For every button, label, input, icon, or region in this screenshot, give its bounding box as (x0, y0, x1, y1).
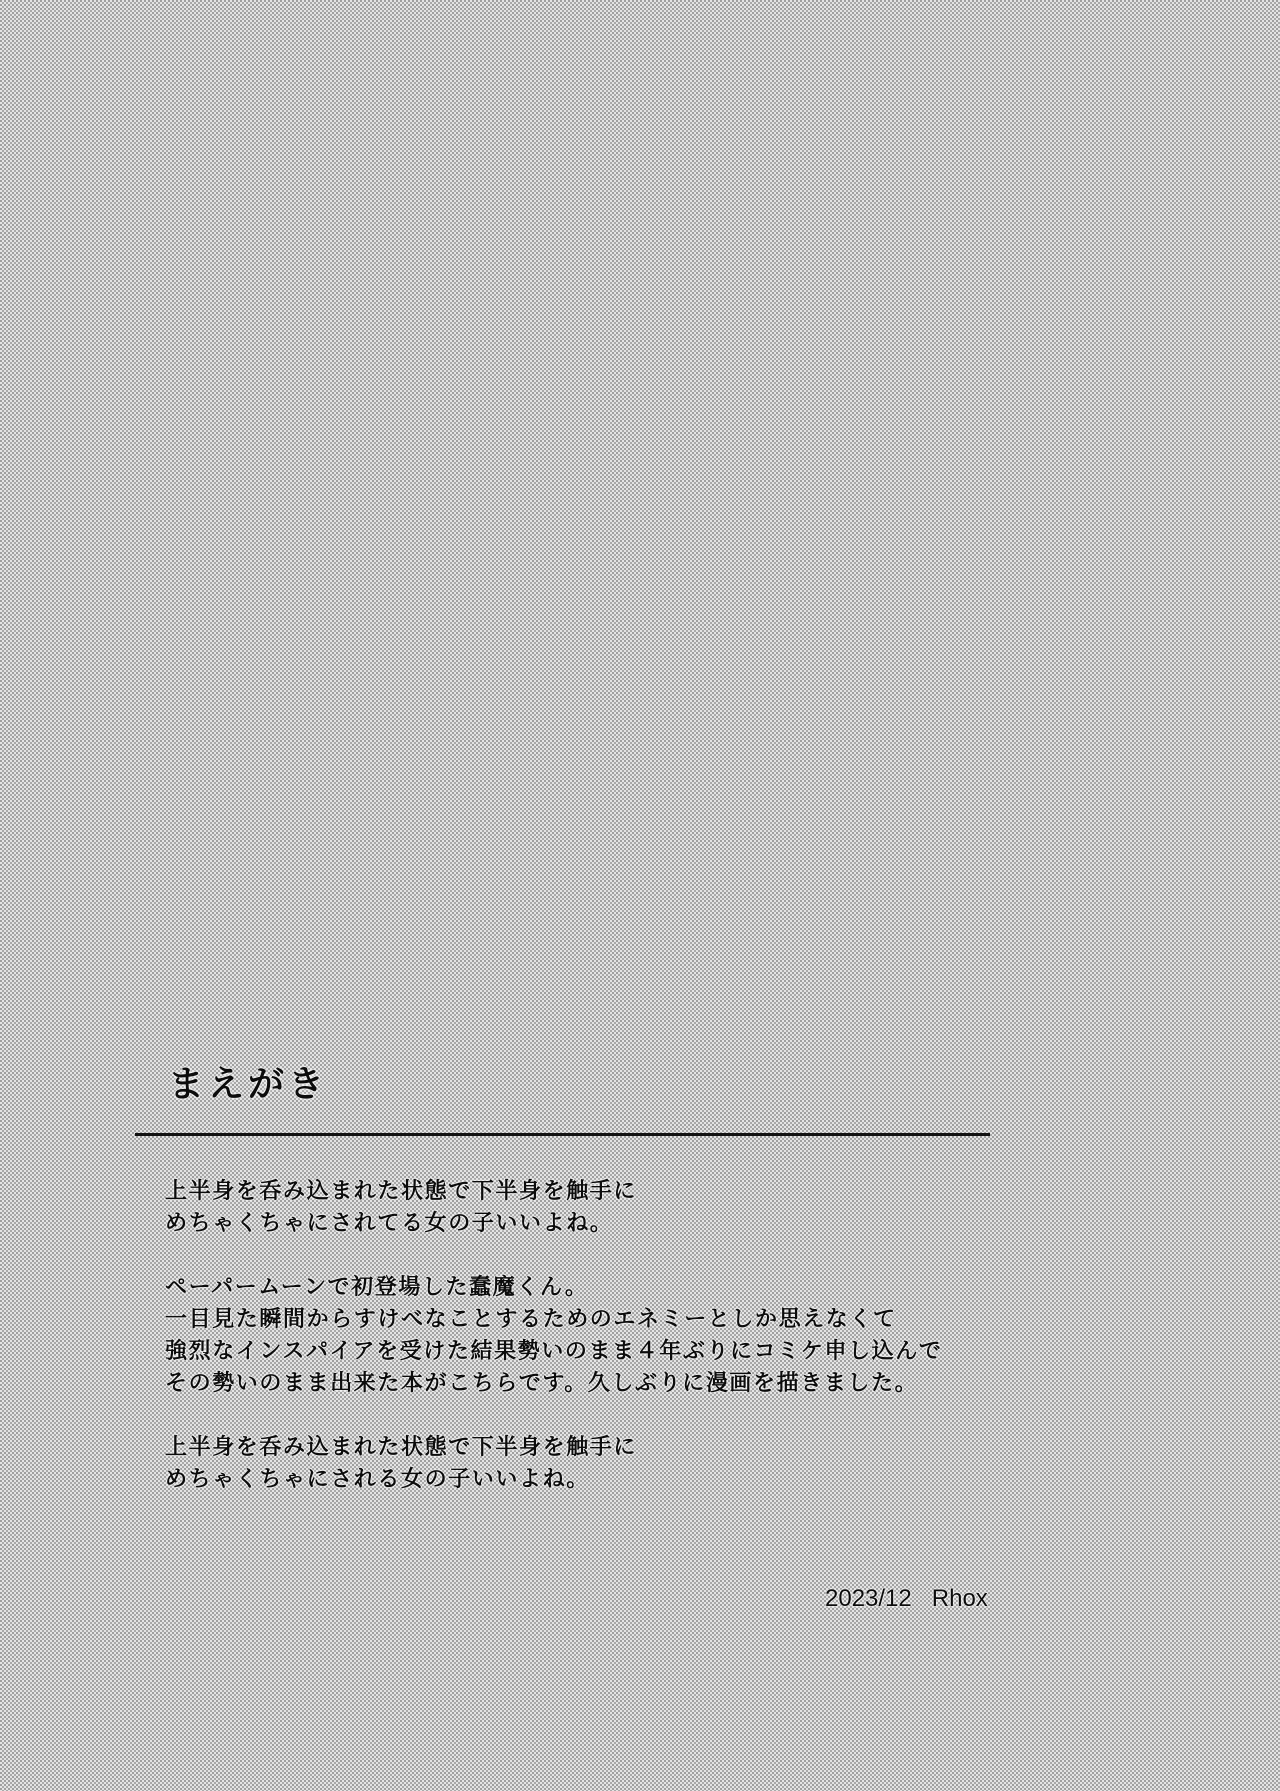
text-line: 上半身を呑み込まれた状態で下半身を触手に (165, 1432, 1065, 1464)
text-line: 一目見た瞬間からすけべなことするためのエネミーとしか思えなくて (165, 1304, 1065, 1336)
text-line: その勢いのまま出来た本がこちらです。久しぶりに漫画を描きました。 (165, 1368, 1065, 1400)
title-divider (135, 1133, 990, 1136)
page-title: まえがき (168, 1062, 328, 1106)
text-line: めちゃくちゃにされる女の子いいよね。 (165, 1464, 1065, 1496)
text-line: 上半身を呑み込まれた状態で下半身を触手に (165, 1176, 1065, 1208)
paragraph-1: 上半身を呑み込まれた状態で下半身を触手に めちゃくちゃにされてる女の子いいよね。 (165, 1176, 1065, 1240)
signature-date: 2023/12 (825, 1585, 912, 1612)
signature-author: Rhox (932, 1585, 988, 1612)
manga-preface-page: まえがき 上半身を呑み込まれた状態で下半身を触手に めちゃくちゃにされてる女の子… (0, 0, 1280, 1791)
text-line: めちゃくちゃにされてる女の子いいよね。 (165, 1208, 1065, 1240)
preface-body: 上半身を呑み込まれた状態で下半身を触手に めちゃくちゃにされてる女の子いいよね。… (165, 1176, 1065, 1528)
paragraph-2: ペーパームーンで初登場した蠢魔くん。 一目見た瞬間からすけべなことするためのエネ… (165, 1272, 1065, 1400)
signature: 2023/12 Rhox (825, 1584, 988, 1614)
paragraph-3: 上半身を呑み込まれた状態で下半身を触手に めちゃくちゃにされる女の子いいよね。 (165, 1432, 1065, 1496)
text-line: 強烈なインスパイアを受けた結果勢いのまま４年ぶりにコミケ申し込んで (165, 1336, 1065, 1368)
text-line: ペーパームーンで初登場した蠢魔くん。 (165, 1272, 1065, 1304)
